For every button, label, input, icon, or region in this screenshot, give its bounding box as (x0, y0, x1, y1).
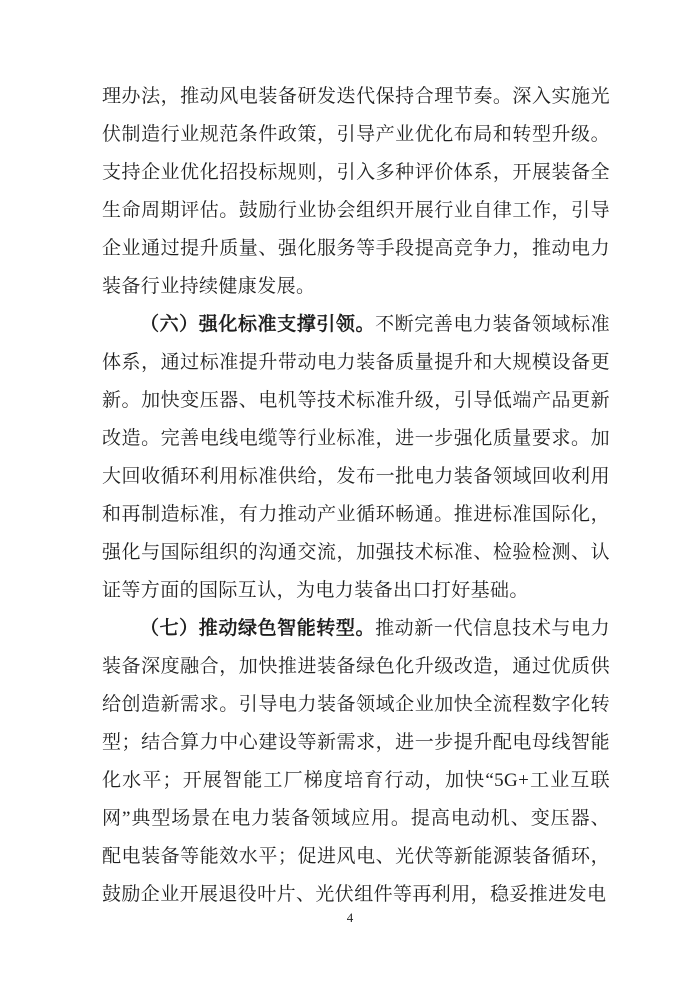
paragraph-text: 不断完善电力装备领域标准体系，通过标准提升带动电力装备质量提升和大规模设备更新。… (102, 314, 610, 601)
text-body: 理办法，推动风电装备研发迭代保持合理节奏。深入实施光伏制造行业规范条件政策，引导… (102, 78, 610, 914)
paragraph-text: 理办法，推动风电装备研发迭代保持合理节奏。深入实施光伏制造行业规范条件政策，引导… (102, 86, 610, 297)
page-number: 4 (0, 910, 700, 926)
paragraph: （七）推动绿色智能转型。推动新一代信息技术与电力装备深度融合，加快推进装备绿色化… (102, 610, 610, 914)
paragraph: （六）强化标准支撑引领。不断完善电力装备领域标准体系，通过标准提升带动电力装备质… (102, 306, 610, 610)
paragraph: 理办法，推动风电装备研发迭代保持合理节奏。深入实施光伏制造行业规范条件政策，引导… (102, 78, 610, 306)
document-page: 理办法，推动风电装备研发迭代保持合理节奏。深入实施光伏制造行业规范条件政策，引导… (0, 0, 700, 989)
paragraph-heading: （七）推动绿色智能转型。 (140, 618, 375, 639)
paragraph-heading: （六）强化标准支撑引领。 (140, 314, 375, 335)
paragraph-text: 推动新一代信息技术与电力装备深度融合，加快推进装备绿色化升级改造，通过优质供给创… (102, 618, 610, 905)
